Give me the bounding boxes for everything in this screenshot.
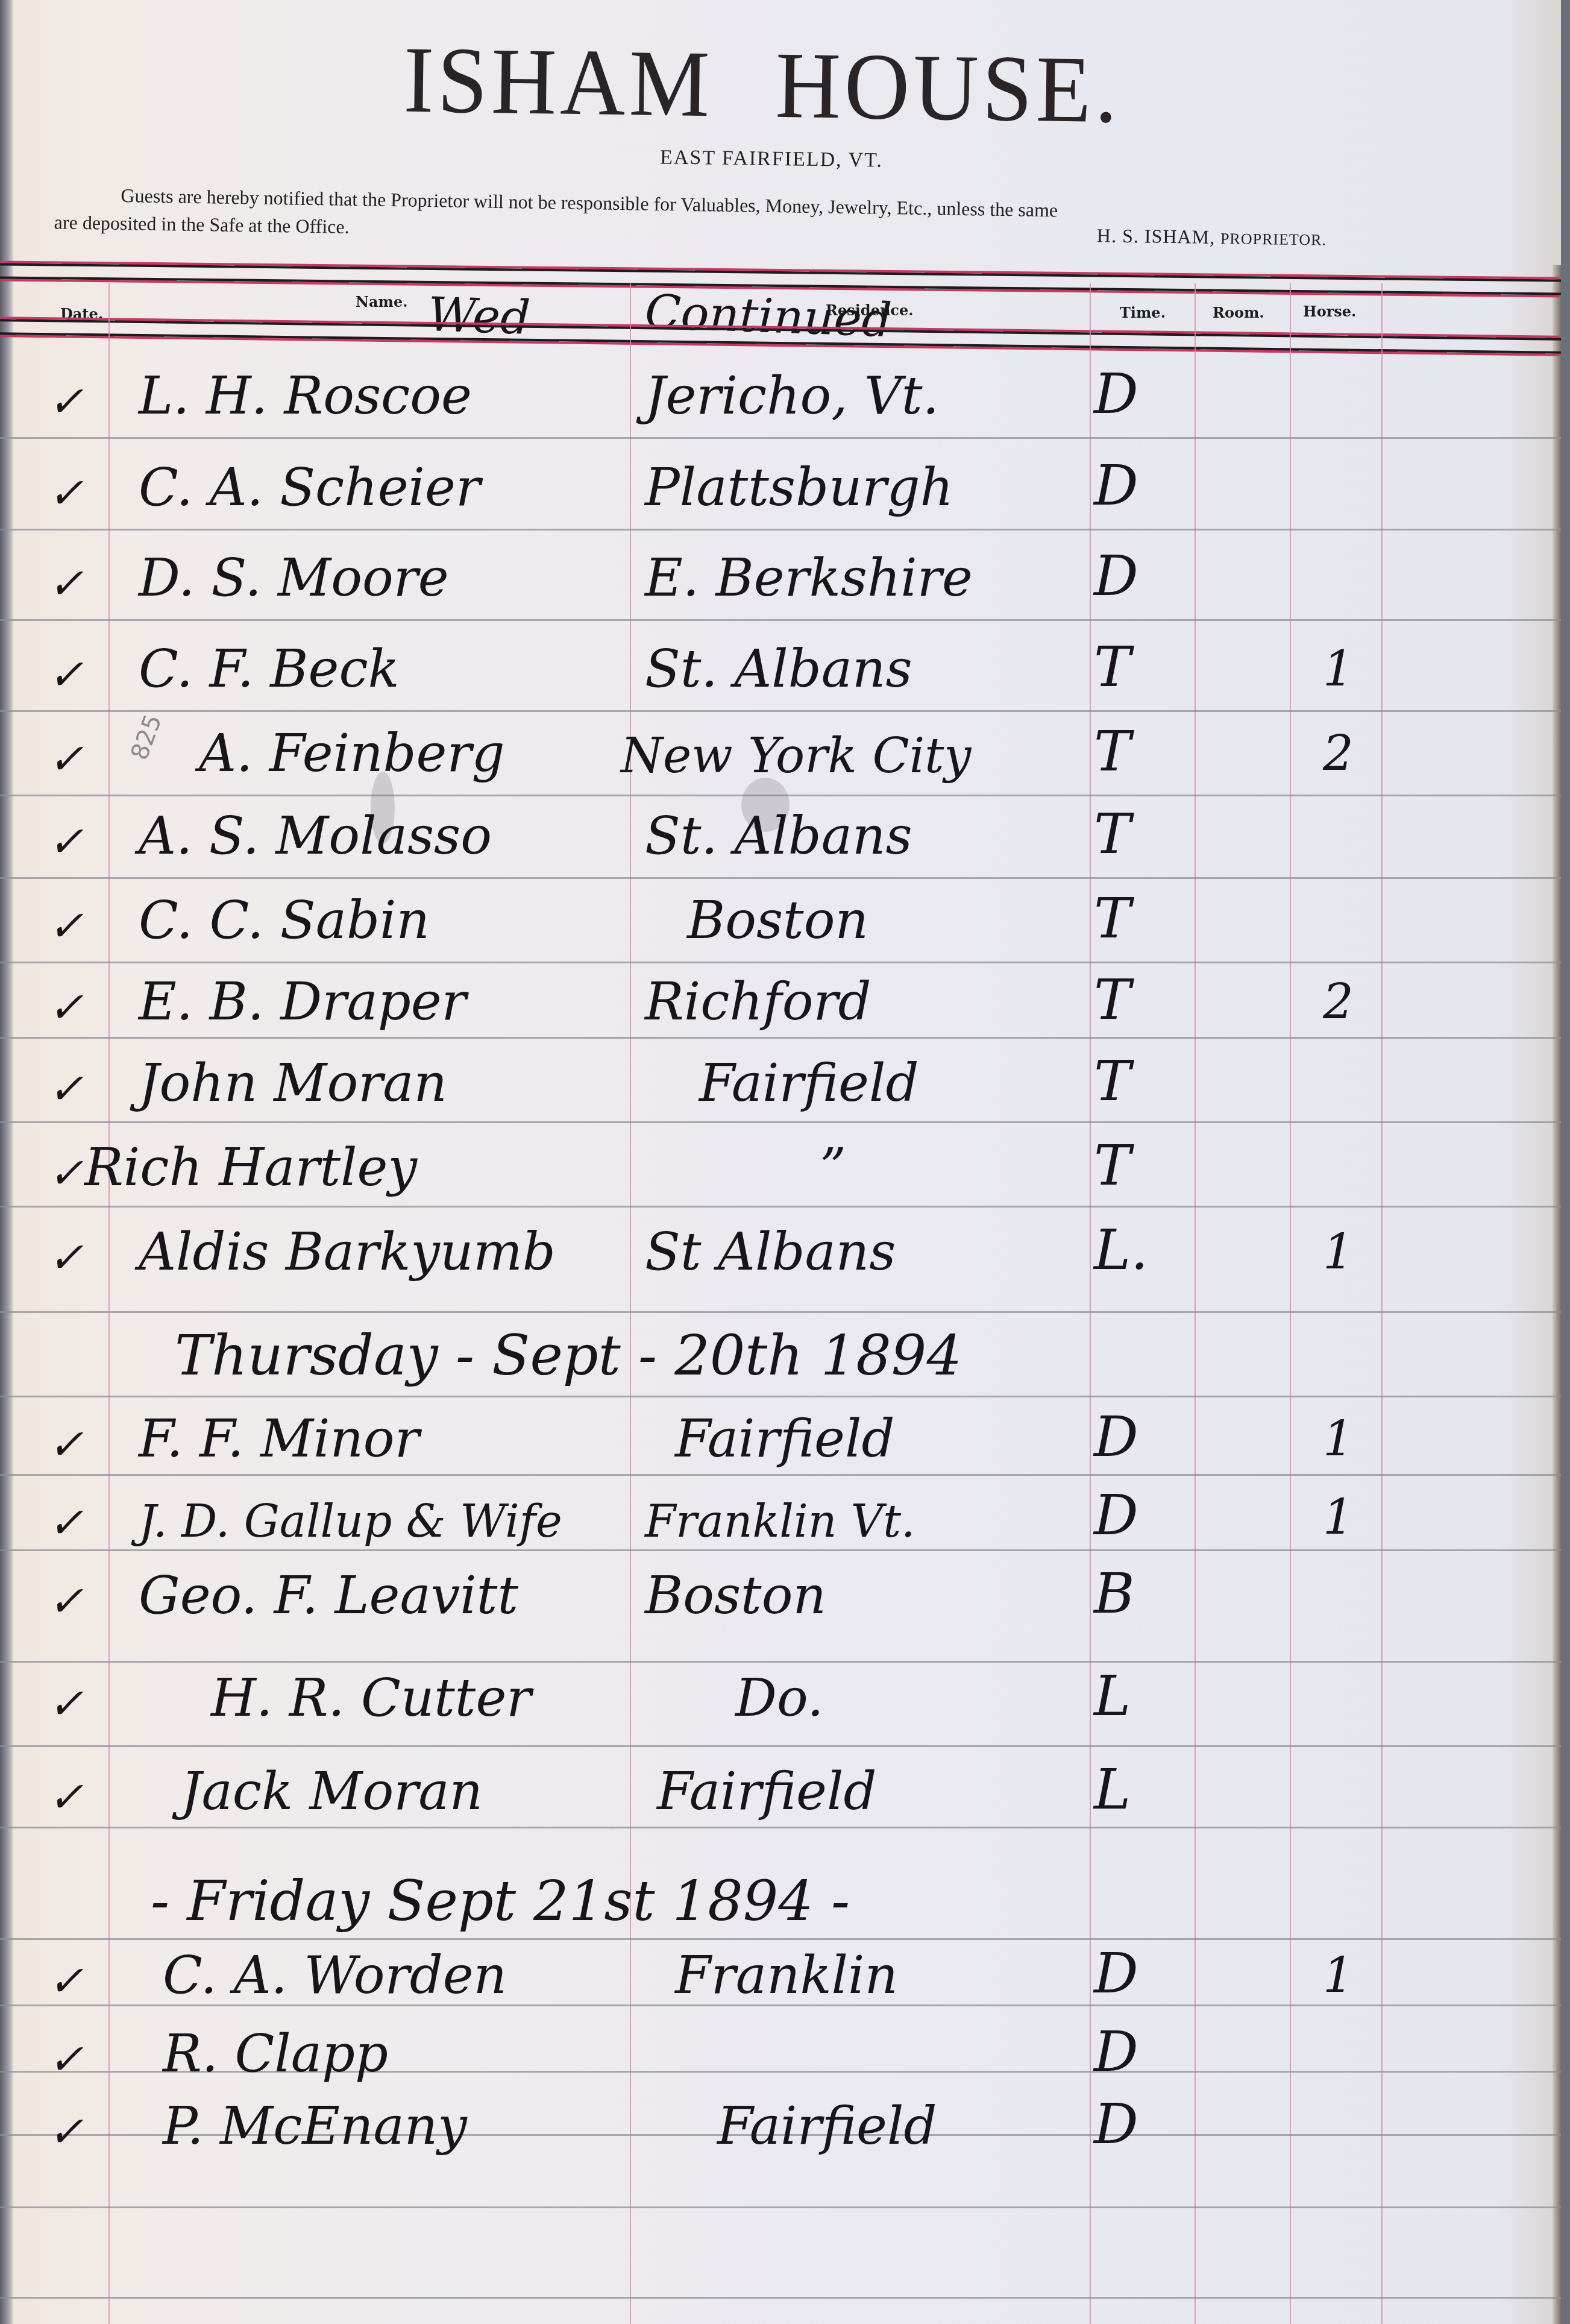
horse-count: 1 [1323,1489,1354,1545]
check-mark-icon: ✓ [48,1233,84,1282]
arrival-time: D [1094,1405,1138,1469]
guest-residence: Fairfield [675,1409,895,1469]
guest-name: R. Clapp [163,2024,388,2084]
col-time: Time. [1120,304,1166,321]
arrival-time: D [1094,544,1138,608]
guest-residence-ditto: ” [820,1138,846,1198]
guest-name: P. McEnany [163,2096,467,2156]
register-entry: ✓ D. S. Moore E. Berkshire D [0,532,1561,619]
arrival-time: D [1094,453,1138,518]
guest-residence: Boston [687,890,868,951]
register-entry: ✓ F. F. Minor Fairfield D 1 [0,1393,1561,1480]
guest-residence: Plattsburgh [645,458,953,518]
date-heading-thursday: Thursday - Sept - 20th 1894 [0,1311,1561,1399]
register-entry: ✓ Rich Hartley ” T [0,1121,1561,1209]
arrival-time: L. [1094,1218,1148,1282]
register-entry: ✓ J. D. Gallup & Wife Franklin Vt. D 1 [0,1471,1561,1558]
register-entry: ✓ H. R. Cutter Do. L [0,1652,1561,1739]
register-entry: ✓ Geo. F. Leavitt Boston B [0,1549,1561,1637]
check-mark-icon: ✓ [48,1772,84,1822]
check-mark-icon: ✓ [48,1148,84,1198]
arrival-time: T [1094,968,1131,1032]
register-entry: ✓ Jack Moran Fairfield L [0,1745,1561,1833]
register-entry: ✓ John Moran Fairfield T [0,1037,1561,1124]
check-mark-icon: ✓ [48,1679,84,1728]
arrival-time: D [1094,2020,1138,2084]
guest-residence: Richford [645,972,871,1032]
horse-count: 1 [1323,1224,1354,1280]
arrival-time: D [1094,362,1138,426]
check-mark-icon: ✓ [48,1576,84,1626]
arrival-time: T [1094,1049,1131,1113]
register-entry: ✓ P. McEnany Fairfield D [0,2080,1561,2167]
ruled-line [0,2206,1561,2208]
col-room: Room. [1213,304,1264,321]
guest-name: Geo. F. Leavitt [139,1566,518,1626]
arrival-time: L [1094,1664,1131,1728]
register-entry: ✓ C. A. Scheier Plattsburgh D [0,441,1561,529]
guest-name: Aldis Barkyumb [139,1222,556,1282]
check-mark-icon: ✓ [48,2107,84,2156]
check-mark-icon: ✓ [48,901,84,951]
guest-residence: St. Albans [645,806,912,866]
guest-residence: Fairfield [699,1053,919,1113]
arrival-time: D [1094,1483,1138,1548]
horse-count: 2 [1323,725,1354,781]
col-horse: Horse. [1303,303,1356,320]
check-mark-icon: ✓ [48,377,84,426]
register-entry: ✓ Aldis Barkyumb St Albans L. 1 [0,1206,1561,1293]
guest-residence: St Albans [645,1222,896,1282]
arrival-time: T [1094,719,1131,784]
register-entry: ✓ A. S. Molasso St. Albans T [0,790,1561,877]
arrival-time: T [1094,886,1131,951]
register-entry: ✓ E. B. Draper Richford T 2 [0,956,1561,1043]
guest-name: H. R. Cutter [211,1668,531,1728]
arrival-time: T [1094,802,1131,866]
guest-residence: Boston [645,1566,826,1626]
arrival-time: T [1094,635,1131,699]
check-mark-icon: ✓ [48,734,84,784]
register-entry: ✓ L. H. Roscoe Jericho, Vt. D [0,350,1561,437]
guest-residence: Jericho, Vt. [645,366,939,426]
register-entry: ✓ C. A. Worden Franklin D 1 [0,1929,1561,2017]
ruled-line [0,619,1561,621]
check-mark-icon: ✓ [48,650,84,699]
ruled-line [0,2297,1561,2299]
check-mark-icon: ✓ [48,1064,84,1113]
check-mark-icon: ✓ [48,468,84,518]
arrival-time: D [1094,2092,1138,2156]
guest-name: C. A. Scheier [139,458,480,518]
date-heading-text: Thursday - Sept - 20th 1894 [175,1323,962,1388]
register-page: ISHAM HOUSE. EAST FAIRFIELD, VT. Guests … [0,0,1561,2324]
guest-name: J. D. Gallup & Wife [139,1496,562,1548]
hotel-title: ISHAM HOUSE. [361,25,1164,145]
check-mark-icon: ✓ [48,2035,84,2084]
date-heading-text: - Friday Sept 21st 1894 - [151,1869,850,1933]
guest-name: E. B. Draper [139,972,466,1032]
guest-residence: New York City [621,728,972,784]
guest-name: A. S. Molasso [139,806,492,866]
guest-name: A. Feinberg [199,723,505,784]
register-entry: ✓ C. C. Sabin Boston T [0,874,1561,962]
check-mark-icon: ✓ [48,1420,84,1469]
check-mark-icon: ✓ [48,983,84,1032]
guest-residence: E. Berkshire [645,548,973,608]
ruled-line [0,437,1561,439]
proprietor-signature: H. S. ISHAM, PROPRIETOR. [1097,224,1327,250]
check-mark-icon: ✓ [48,559,84,608]
check-mark-icon: ✓ [48,1498,84,1548]
arrival-time: L [1094,1757,1131,1822]
guest-name: L. H. Roscoe [139,366,472,426]
check-mark-icon: ✓ [48,1956,84,2006]
guest-residence: Franklin [675,1945,898,2006]
guest-name: Rich Hartley [84,1138,417,1198]
proprietor-title: PROPRIETOR. [1220,230,1327,248]
horse-count: 1 [1323,1411,1354,1467]
guest-name: F. F. Minor [139,1409,419,1469]
check-mark-icon: ✓ [48,817,84,866]
guest-residence: St. Albans [645,639,912,699]
hotel-location: EAST FAIRFIELD, VT. [603,145,940,173]
horse-count: 1 [1323,1947,1354,2003]
guest-name: Jack Moran [181,1762,483,1822]
col-name: Name. [356,293,408,310]
guest-name: C. F. Beck [139,639,400,699]
arrival-time: B [1094,1561,1135,1626]
guest-name: C. A. Worden [163,1945,507,2006]
guest-name: C. C. Sabin [139,890,430,951]
ruled-line [0,529,1561,531]
arrival-time: T [1094,1133,1131,1198]
masthead: ISHAM HOUSE. EAST FAIRFIELD, VT. Guests … [0,0,1561,277]
register-entry: ✓ C. F. Beck St. Albans T 1 [0,623,1561,710]
guest-residence: Do. [735,1668,824,1728]
horse-count: 1 [1323,641,1354,697]
guest-name: John Moran [139,1053,447,1113]
guest-residence: Fairfield [717,2096,937,2156]
guest-name: D. S. Moore [139,548,449,608]
guest-residence: Fairfield [657,1762,877,1822]
arrival-time: D [1094,1941,1138,2006]
horse-count: 2 [1323,974,1354,1030]
register-entry: ✓ A. Feinberg New York City T 2 [0,707,1561,795]
proprietor-name: H. S. ISHAM, [1097,224,1221,248]
guest-residence: Franklin Vt. [645,1496,915,1548]
